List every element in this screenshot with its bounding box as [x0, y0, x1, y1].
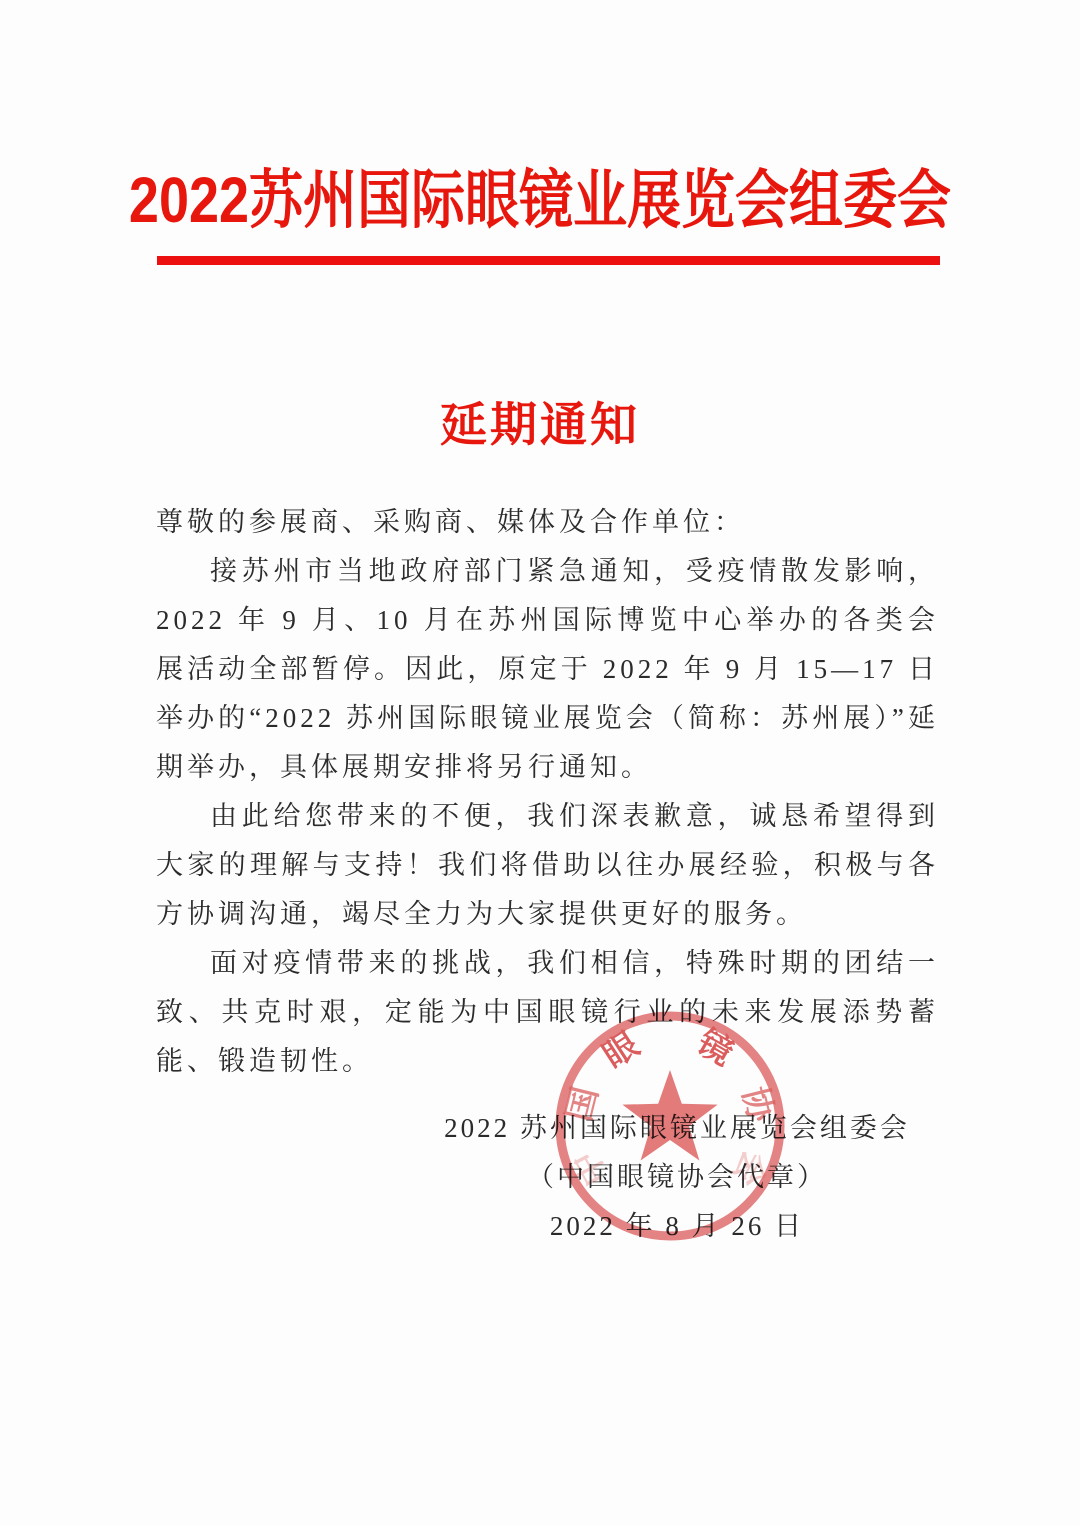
- signature-seal-note: （中国眼镜协会代章）: [437, 1153, 917, 1202]
- paragraph-postponement-reason: 接苏州市当地政府部门紧急通知，受疫情散发影响，2022 年 9 月、10 月在苏…: [156, 547, 939, 792]
- notice-body: 尊敬的参展商、采购商、媒体及合作单位： 接苏州市当地政府部门紧急通知，受疫情散发…: [156, 498, 939, 1086]
- paragraph-apology: 由此给您带来的不便，我们深表歉意，诚恳希望得到大家的理解与支持！我们将借助以往办…: [156, 792, 939, 939]
- postponement-notice-document: 2022苏州国际眼镜业展览会组委会 延期通知 尊敬的参展商、采购商、媒体及合作单…: [0, 0, 1080, 1526]
- notice-title: 延期通知: [0, 388, 1080, 455]
- organizer-header-title: 2022苏州国际眼镜业展览会组委会: [0, 150, 1080, 241]
- signature-block: 2022 苏州国际眼镜业展览会组委会 （中国眼镜协会代章） 2022 年 8 月…: [437, 1104, 917, 1251]
- paragraph-outlook: 面对疫情带来的挑战，我们相信，特殊时期的团结一致、共克时艰，定能为中国眼镜行业的…: [156, 939, 939, 1086]
- salutation-line: 尊敬的参展商、采购商、媒体及合作单位：: [156, 498, 939, 547]
- header-divider-line: [157, 256, 940, 265]
- signature-date: 2022 年 8 月 26 日: [437, 1202, 917, 1251]
- signature-organizer: 2022 苏州国际眼镜业展览会组委会: [437, 1104, 917, 1153]
